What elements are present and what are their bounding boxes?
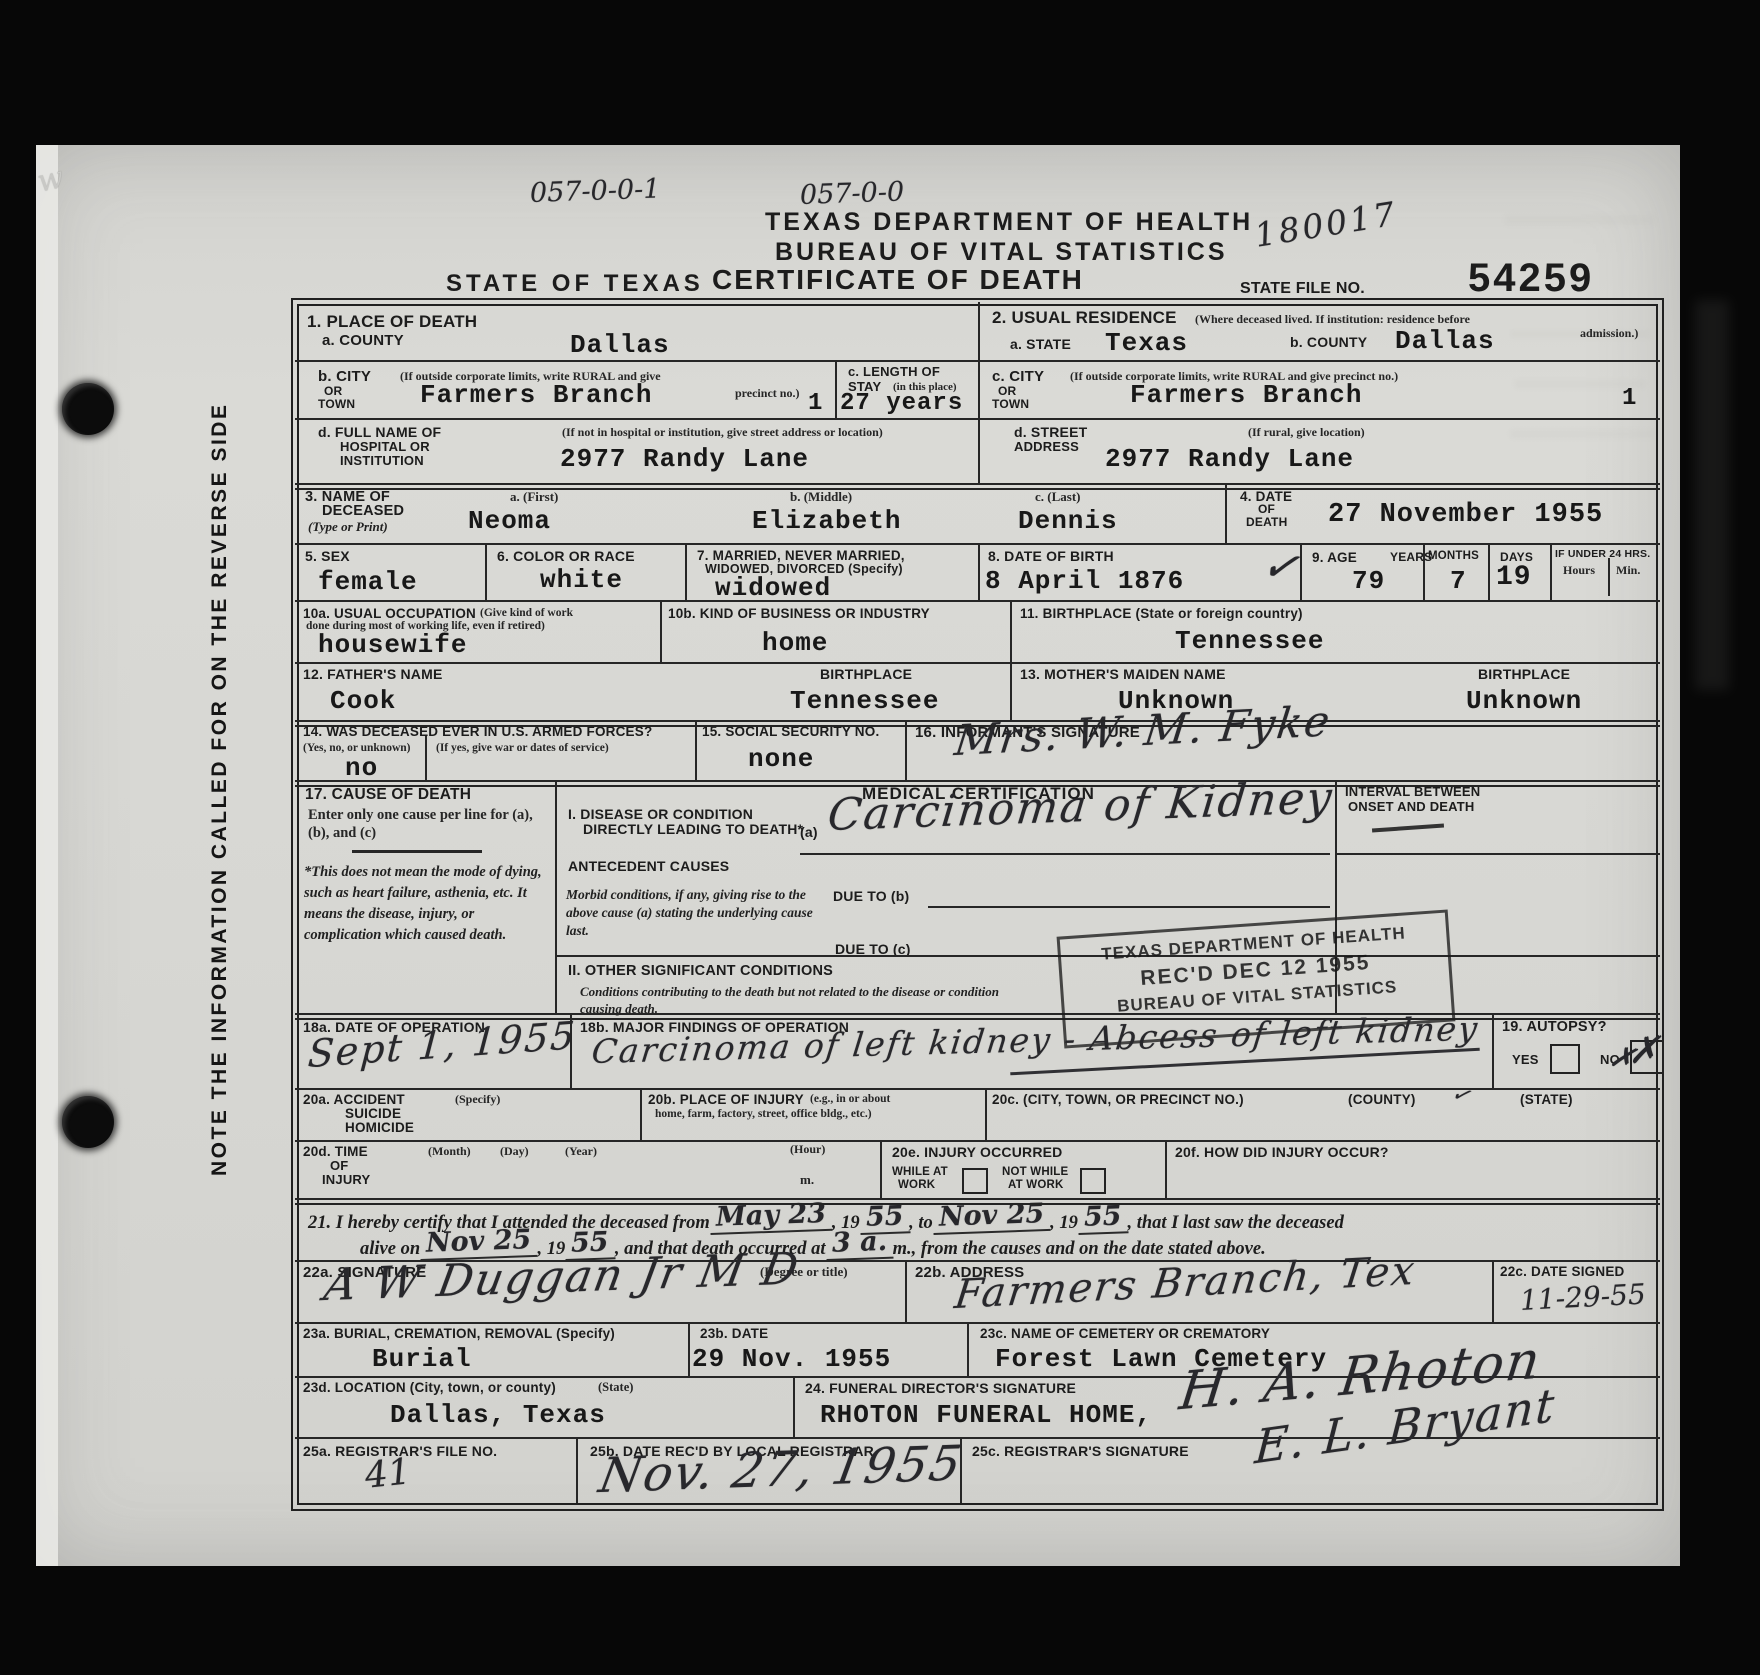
sec20b-note2: home, farm, factory, street, office bldg… (655, 1108, 872, 1120)
sec9-under24-label: IF UNDER 24 HRS. (1555, 548, 1650, 560)
header-state-of-texas: STATE OF TEXAS (446, 270, 704, 298)
sec20e-while1: WHILE AT (892, 1166, 948, 1178)
sec1-title: 1. PLACE OF DEATH (307, 312, 477, 332)
sec9-months-label: MONTHS (1428, 550, 1479, 562)
sec6-value: white (540, 565, 623, 595)
sec10a-value: housewife (318, 630, 467, 660)
sec9-min-label: Min. (1616, 563, 1640, 578)
sec20d-label2: OF (330, 1158, 348, 1173)
sec14-note2: (If yes, give war or dates of service) (436, 742, 609, 754)
sec20a-label2: SUICIDE (345, 1106, 401, 1121)
form-rule-vertical (576, 1437, 578, 1503)
sec13-bp-label: BIRTHPLACE (1478, 666, 1570, 682)
form-rule-vertical (1550, 543, 1552, 600)
scanned-death-certificate: w NOTE THE INFORMATION CALLED FOR ON THE… (0, 0, 1760, 1675)
sec20b-label: 20b. PLACE OF INJURY (648, 1092, 804, 1107)
form-rule-vertical (1608, 558, 1610, 596)
sec9-label: 9. AGE (1312, 550, 1357, 565)
sec2-note2: admission.) (1580, 326, 1638, 341)
form-rule-vertical (485, 543, 487, 600)
sec11-value: Tennessee (1175, 626, 1324, 656)
sec3-middle-label: b. (Middle) (790, 489, 852, 505)
sec5-value: female (318, 567, 418, 597)
sec1b-town: TOWN (318, 397, 355, 411)
sec17-title: 17. CAUSE OF DEATH (305, 786, 471, 804)
not-while-at-work-checkbox (1080, 1168, 1106, 1194)
sec20e-while2: WORK (898, 1179, 935, 1191)
sec10b-label: 10b. KIND OF BUSINESS OR INDUSTRY (668, 606, 930, 621)
punch-hole-bottom (62, 1096, 114, 1148)
sec20d-year: (Year) (565, 1144, 597, 1159)
sec14-value: no (345, 753, 378, 783)
sec13-bp-value: Unknown (1466, 686, 1582, 716)
sec2d-value: 2977 Randy Lane (1105, 444, 1354, 474)
form-rule-horizontal (295, 1088, 1660, 1090)
rule (352, 850, 482, 853)
sec20a-label3: HOMICIDE (345, 1120, 414, 1135)
sec3-label2: DECEASED (322, 503, 404, 519)
sec20c-label: 20c. (CITY, TOWN, OR PRECINCT NO.) (992, 1092, 1244, 1107)
sec6-label: 6. COLOR OR RACE (497, 548, 635, 564)
form-rule-vertical (905, 720, 907, 780)
sec17-note2: *This does not mean the mode of dying, s… (304, 862, 550, 946)
sec4-label3: DEATH (1246, 515, 1287, 529)
sec2a-value: Texas (1105, 328, 1188, 358)
sec3-first-label: a. (First) (510, 489, 558, 505)
sec8-value: 8 April 1876 (985, 566, 1184, 596)
form-rule-vertical (660, 600, 662, 662)
sec13-label: 13. MOTHER'S MAIDEN NAME (1020, 666, 1226, 682)
sec17-disease-label1: I. DISEASE OR CONDITION (568, 806, 753, 822)
sec9-months-value: 7 (1450, 566, 1467, 596)
sec2d-label: d. STREET (1014, 424, 1087, 440)
sec10b-value: home (762, 628, 828, 658)
form-rule-vertical (835, 360, 837, 418)
sec24-home-value: RHOTON FUNERAL HOME, (820, 1400, 1152, 1430)
form-rule-vertical (688, 1322, 690, 1376)
sec1d-note: (If not in hospital or institution, give… (562, 425, 883, 440)
sec23b-label: 23b. DATE (700, 1326, 768, 1341)
form-rule-vertical (985, 1088, 987, 1140)
sec20d-m: m. (800, 1172, 814, 1188)
sec3-first-value: Neoma (468, 506, 551, 536)
form-rule-vertical (1010, 662, 1012, 720)
form-rule-vertical (685, 543, 687, 600)
sec20a-label1: 20a. ACCIDENT (303, 1092, 405, 1107)
sec11-label: 11. BIRTHPLACE (State or foreign country… (1020, 606, 1303, 621)
handwritten-code-1: 057-0-0-1 (529, 173, 660, 209)
sec20e-notwhile1: NOT WHILE (1002, 1166, 1068, 1178)
sec20a-note: (Specify) (455, 1092, 500, 1107)
while-at-work-checkbox (962, 1168, 988, 1194)
cert-handwritten-death-time: 3 a. (825, 1226, 893, 1261)
form-rule-vertical (1423, 543, 1425, 600)
sec2c-town: TOWN (992, 397, 1029, 411)
sec7-label1: 7. MARRIED, NEVER MARRIED, (697, 548, 905, 563)
sec23d-state-label: (State) (598, 1380, 633, 1395)
sec2d-label2: ADDRESS (1014, 439, 1079, 454)
form-rule-vertical (555, 780, 557, 1013)
sec3-last-label: c. (Last) (1035, 489, 1081, 505)
sec23a-label: 23a. BURIAL, CREMATION, REMOVAL (Specify… (303, 1326, 615, 1341)
sec20d-label1: 20d. TIME (303, 1144, 368, 1159)
punch-hole-top (62, 383, 114, 435)
sec17-morbid-note: Morbid conditions, if any, giving rise t… (566, 886, 824, 941)
sec17-a-label: (a) (800, 824, 818, 840)
sec2b-value: Dallas (1395, 326, 1495, 356)
sec1b-or: OR (324, 384, 342, 398)
sec20d-day: (Day) (500, 1144, 529, 1159)
sec23d-label: 23d. LOCATION (City, town, or county) (303, 1380, 556, 1395)
sec22c-label: 22c. DATE SIGNED (1500, 1264, 1624, 1279)
form-rule-horizontal (800, 853, 1330, 855)
form-rule-vertical (967, 1322, 969, 1376)
sec1a-value: Dallas (570, 330, 670, 360)
sec23d-value: Dallas, Texas (390, 1400, 606, 1430)
form-rule-vertical (978, 543, 980, 600)
sec19-label: 19. AUTOPSY? (1502, 1019, 1607, 1035)
sec3-last-value: Dennis (1018, 506, 1118, 536)
sec2c-or: OR (998, 384, 1016, 398)
sec4-value: 27 November 1955 (1328, 500, 1603, 530)
sec20c-state-label: (STATE) (1520, 1092, 1573, 1107)
sec9-years-value: 79 (1352, 566, 1385, 596)
sec2d-note: (If rural, give location) (1248, 425, 1365, 440)
sec19-yes-label: YES (1512, 1052, 1539, 1067)
sec1d-label2: HOSPITAL OR (340, 439, 430, 454)
form-rule-vertical (570, 1013, 572, 1088)
sec17-interval-label2: ONSET AND DEATH (1348, 799, 1475, 814)
cert-text: m., from the causes and on the date stat… (893, 1239, 1266, 1260)
sec1c-label: c. LENGTH OF (848, 364, 940, 379)
margin-note-vertical: NOTE THE INFORMATION CALLED FOR ON THE R… (208, 428, 232, 1176)
state-file-no-value: 54259 (1468, 256, 1594, 301)
sec23a-value: Burial (372, 1344, 472, 1374)
sec2b-label: b. COUNTY (1290, 334, 1367, 350)
form-rule-vertical (1488, 543, 1490, 600)
sec20e-label: 20e. INJURY OCCURRED (892, 1144, 1063, 1160)
form-rule-vertical (793, 1376, 795, 1437)
sec1d-label3: INSTITUTION (340, 453, 424, 468)
sec9-hours-label: Hours (1563, 563, 1595, 578)
form-rule-vertical (695, 720, 697, 780)
form-rule-horizontal (295, 1322, 1660, 1324)
form-rule-vertical (1010, 600, 1012, 662)
sec1b-value: Farmers Branch (420, 380, 652, 410)
sec1a-label: a. COUNTY (322, 332, 404, 349)
sec1d-value: 2977 Randy Lane (560, 444, 809, 474)
header-bureau: BUREAU OF VITAL STATISTICS (775, 238, 1228, 267)
sec9-years-label: YEARS (1390, 550, 1432, 564)
sec9-days-value: 19 (1496, 562, 1532, 593)
sec20d-label3: INJURY (322, 1172, 370, 1187)
sec7-value: widowed (715, 573, 831, 603)
sec8-label: 8. DATE OF BIRTH (988, 548, 1114, 564)
sec2-note: (Where deceased lived. If institution: r… (1195, 312, 1470, 327)
scan-edge-streak (1695, 300, 1729, 690)
sec2a-label: a. STATE (1010, 336, 1071, 352)
state-file-no-label: STATE FILE NO. (1240, 280, 1365, 298)
sec12-value: Cook (330, 686, 396, 716)
form-rule-vertical (425, 736, 427, 780)
sec1b-note2: precinct no.) (735, 386, 799, 401)
form-rule-vertical (1225, 483, 1227, 543)
sec2c-precinct: 1 (1622, 385, 1637, 412)
form-rule-horizontal (295, 483, 1660, 490)
sec3-middle-value: Elizabeth (752, 506, 901, 536)
form-rule-vertical (1492, 1013, 1494, 1088)
sec12-label: 12. FATHER'S NAME (303, 666, 443, 682)
sec17-other-label: II. OTHER SIGNIFICANT CONDITIONS (568, 963, 833, 979)
sec23b-value: 29 Nov. 1955 (692, 1344, 891, 1374)
form-rule-horizontal (295, 1140, 1660, 1142)
sec20b-note1: (e.g., in or about (810, 1093, 890, 1105)
sec12-bp-label: BIRTHPLACE (820, 666, 912, 682)
sec17-due-b-label: DUE TO (b) (833, 888, 909, 904)
sec25c-label: 25c. REGISTRAR'S SIGNATURE (972, 1443, 1189, 1459)
sec20c-county-label: (COUNTY) (1348, 1092, 1416, 1107)
form-rule-vertical (1300, 543, 1302, 600)
sec10a-label: 10a. USUAL OCCUPATION (303, 606, 476, 621)
ghost-text-smudge (1505, 215, 1655, 225)
form-rule-horizontal (928, 906, 1330, 908)
sec1b-precinct: 1 (808, 390, 823, 417)
sec2c-value: Farmers Branch (1130, 380, 1362, 410)
sec23c-label: 23c. NAME OF CEMETERY OR CREMATORY (980, 1326, 1270, 1341)
sec10a-note1: (Give kind of work (480, 607, 573, 619)
sec3-label3: (Type or Print) (308, 519, 388, 535)
header-department: TEXAS DEPARTMENT OF HEALTH (765, 208, 1253, 237)
sec20d-hour: (Hour) (790, 1142, 825, 1157)
autopsy-yes-checkbox (1550, 1044, 1580, 1074)
form-rule-horizontal (295, 662, 1660, 664)
sec20f-label: 20f. HOW DID INJURY OCCUR? (1175, 1144, 1389, 1160)
sec17-antecedent-label: ANTECEDENT CAUSES (568, 858, 729, 874)
handwritten-code-2: 057-0-0 (799, 176, 904, 211)
form-rule-vertical (978, 302, 980, 483)
sec2c-label: c. CITY (992, 368, 1044, 385)
sec17-disease-label2: DIRECTLY LEADING TO DEATH* (583, 821, 803, 837)
form-rule-vertical (1492, 1260, 1494, 1322)
sec5-label: 5. SEX (305, 548, 350, 564)
sec12-bp-value: Tennessee (790, 686, 939, 716)
form-rule-horizontal (1335, 853, 1660, 855)
sec1c-value: 27 years (840, 390, 963, 417)
form-rule-horizontal (295, 1198, 1660, 1205)
form-rule-horizontal (295, 720, 1660, 727)
sec15-value: none (748, 744, 814, 774)
form-rule-vertical (905, 1260, 907, 1322)
sec4-label2: OF (1258, 502, 1275, 516)
sec20e-notwhile2: AT WORK (1008, 1179, 1063, 1191)
sec25a-value: 41 (363, 1451, 413, 1497)
certificate-title: CERTIFICATE OF DEATH (712, 264, 1084, 296)
sec24-label: 24. FUNERAL DIRECTOR'S SIGNATURE (805, 1380, 1076, 1396)
sec17-note1: Enter only one cause per line for (a), (… (308, 806, 543, 842)
sec20d-month: (Month) (428, 1144, 471, 1159)
torn-edge-strip (36, 145, 58, 1566)
sec2-title: 2. USUAL RESIDENCE (992, 308, 1177, 328)
form-rule-horizontal (295, 600, 1660, 602)
form-rule-vertical (880, 1140, 882, 1198)
sec1b-label: b. CITY (318, 368, 371, 385)
form-rule-vertical (640, 1088, 642, 1140)
sec1d-label: d. FULL NAME OF (318, 424, 441, 440)
form-rule-vertical (1165, 1140, 1167, 1198)
sec22c-value: 11-29-55 (1519, 1277, 1646, 1317)
